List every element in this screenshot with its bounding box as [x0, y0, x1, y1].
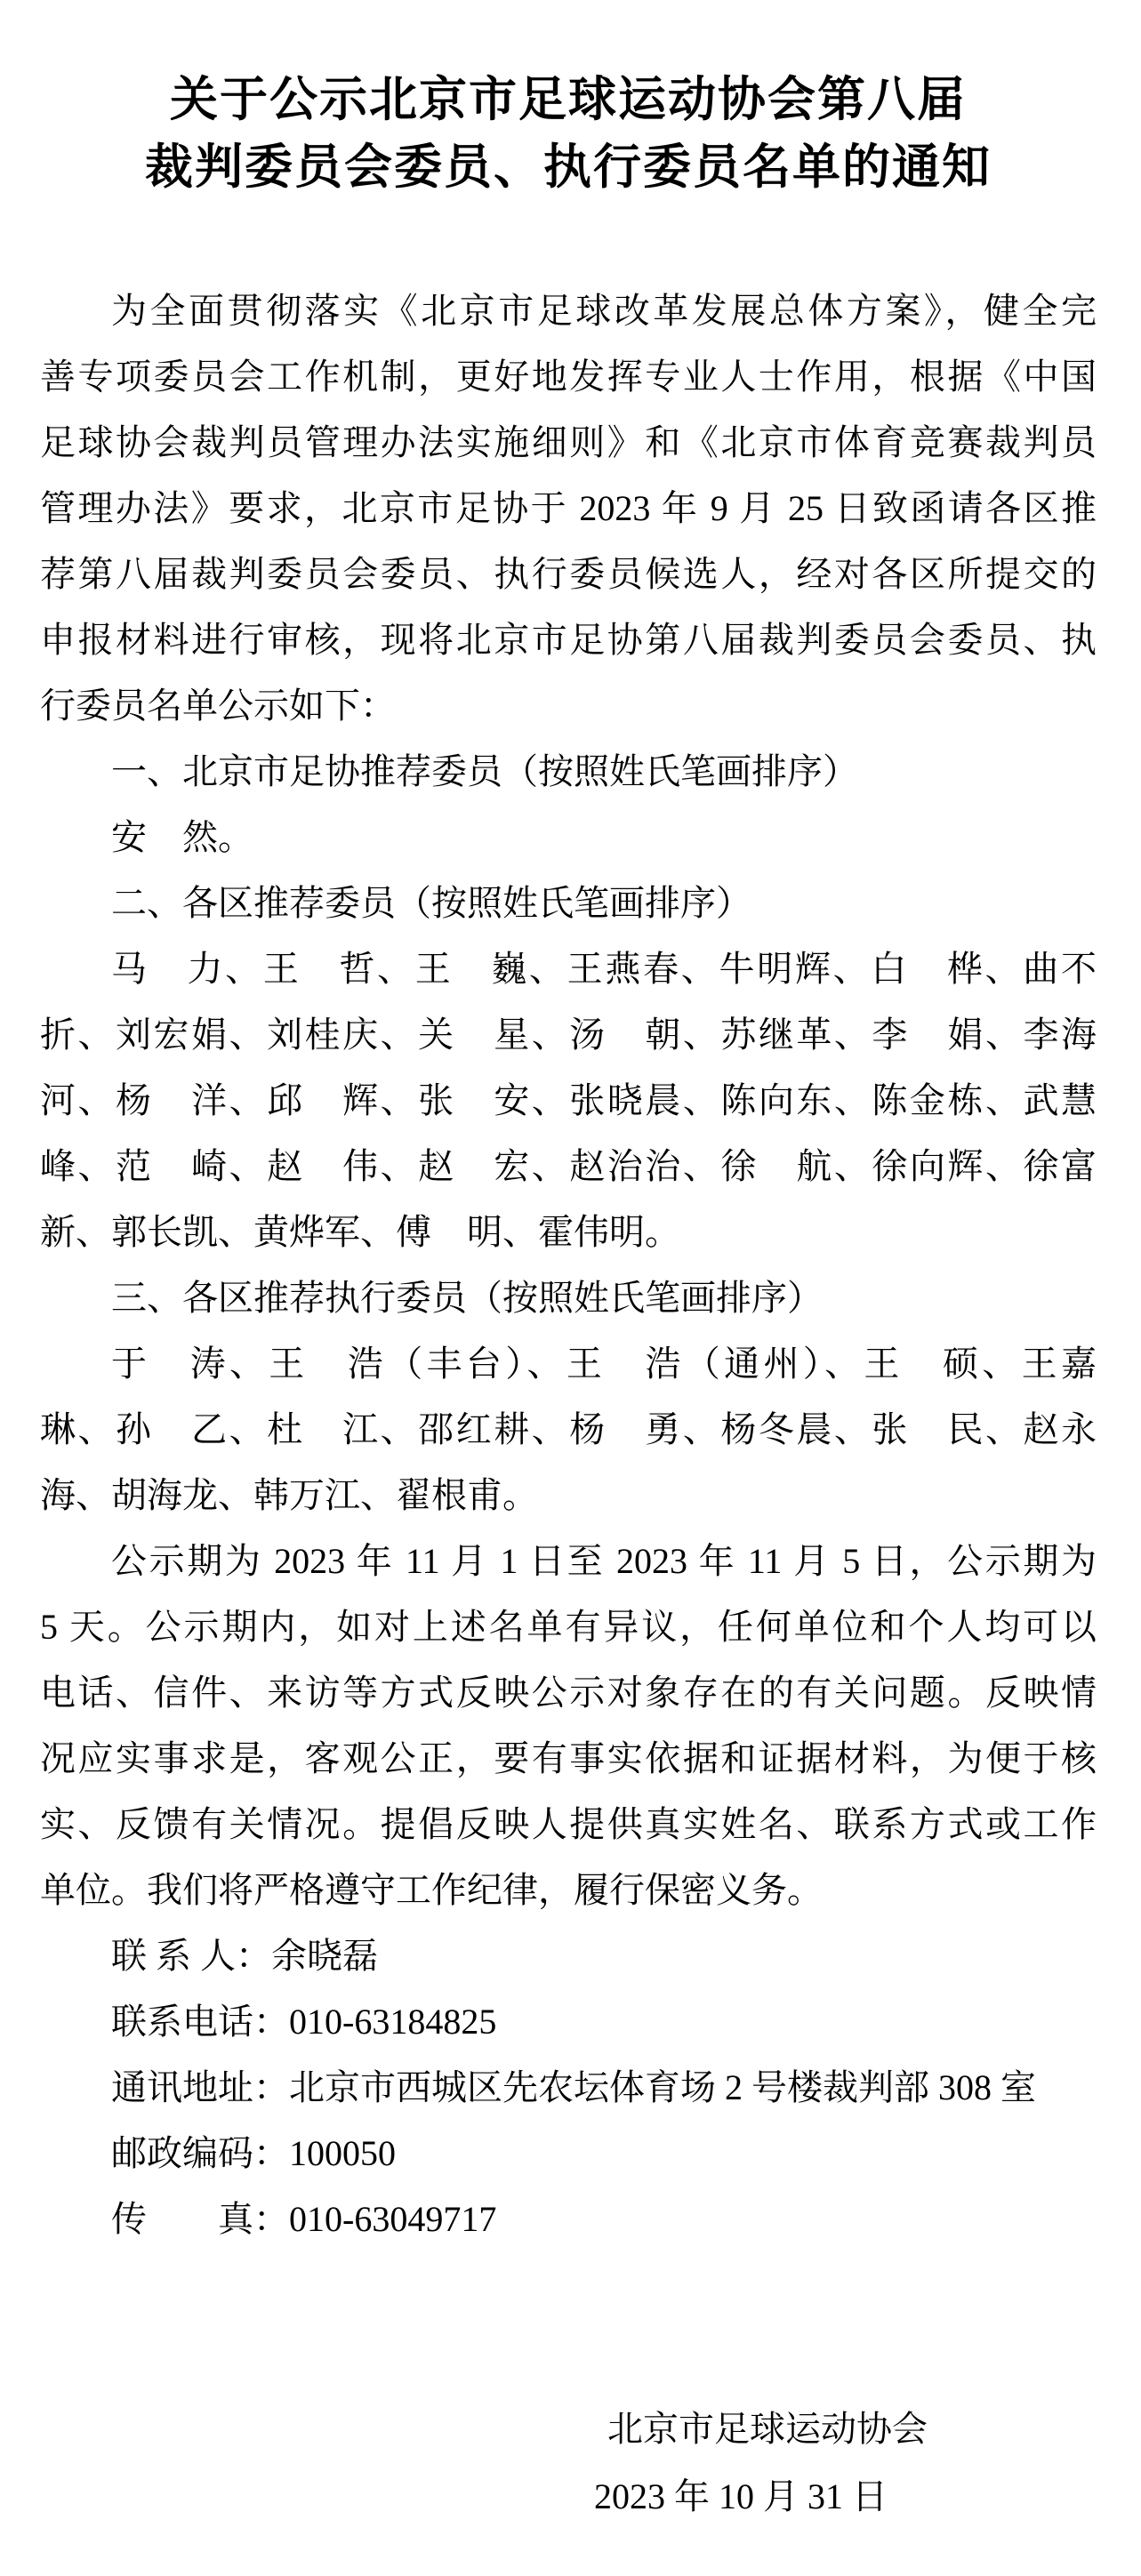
notice-line: 单位。我们将严格遵守工作纪律，履行保密义务。: [40, 1858, 1097, 1923]
section-1-member-line: 安 然。: [40, 805, 1097, 871]
document-title: 关于公示北京市足球运动协会第八届 裁判委员会委员、执行委员名单的通知: [40, 66, 1097, 201]
title-line-2: 裁判委员会委员、执行委员名单的通知: [40, 133, 1097, 201]
document-page: { "page": { "background": "#ffffff", "te…: [0, 0, 1141, 2576]
notice-line: 5 天。公示期内，如对上述名单有异议，任何单位和个人均可以: [40, 1594, 1097, 1660]
document-body: 为全面贯彻落实《北京市足球改革发展总体方案》，健全完 善专项委员会工作机制，更好…: [40, 278, 1097, 2252]
signature-org: 北京市足球运动协会: [40, 2396, 1097, 2462]
contact-person-line: 联 系 人：余晓磊: [40, 1923, 1097, 1989]
notice-line: 况应实事求是，客观公正，要有事实依据和证据材料，为便于核: [40, 1726, 1097, 1792]
notice-line: 公示期为 2023 年 11 月 1 日至 2023 年 11 月 5 日，公示…: [40, 1529, 1097, 1594]
notice-line: 实、反馈有关情况。提倡反映人提供真实姓名、联系方式或工作: [40, 1792, 1097, 1858]
section-3-member-line: 琳、孙 乙、杜 江、邵红耕、杨 勇、杨冬晨、张 民、赵永: [40, 1397, 1097, 1463]
section-3-member-line: 海、胡海龙、韩万江、翟根甫。: [40, 1463, 1097, 1529]
notice-document: 关于公示北京市足球运动协会第八届 裁判委员会委员、执行委员名单的通知 为全面贯彻…: [0, 0, 1141, 2532]
section-3-member-line: 于 涛、王 浩（丰台）、王 浩（通州）、王 硕、王嘉: [40, 1331, 1097, 1397]
section-2-member-line: 河、杨 洋、邱 辉、张 安、张晓晨、陈向东、陈金栋、武慧: [40, 1068, 1097, 1134]
intro-line: 为全面贯彻落实《北京市足球改革发展总体方案》，健全完: [40, 278, 1097, 344]
intro-line: 荐第八届裁判委员会委员、执行委员候选人，经对各区所提交的: [40, 542, 1097, 607]
section-2-heading: 二、各区推荐委员（按照姓氏笔画排序）: [40, 871, 1097, 936]
section-3-heading: 三、各区推荐执行委员（按照姓氏笔画排序）: [40, 1265, 1097, 1331]
intro-line: 善专项委员会工作机制，更好地发挥专业人士作用，根据《中国: [40, 344, 1097, 410]
contact-postcode-line: 邮政编码：100050: [40, 2121, 1097, 2187]
intro-line: 足球协会裁判员管理办法实施细则》和《北京市体育竞赛裁判员: [40, 410, 1097, 476]
section-2-member-line: 马 力、王 哲、王 巍、王燕春、牛明辉、白 桦、曲不: [40, 936, 1097, 1002]
intro-line: 申报材料进行审核，现将北京市足协第八届裁判委员会委员、执: [40, 607, 1097, 673]
notice-line: 电话、信件、来访等方式反映公示对象存在的有关问题。反映情: [40, 1660, 1097, 1726]
section-2-member-line: 新、郭长凯、黄烨军、傅 明、霍伟明。: [40, 1200, 1097, 1265]
signature-date: 2023 年 10 月 31 日: [40, 2462, 1097, 2532]
contact-phone-line: 联系电话：010-63184825: [40, 1989, 1097, 2055]
intro-line: 行委员名单公示如下：: [40, 673, 1097, 739]
title-line-1: 关于公示北京市足球运动协会第八届: [40, 66, 1097, 133]
intro-line: 管理办法》要求，北京市足协于 2023 年 9 月 25 日致函请各区推: [40, 476, 1097, 542]
section-1-heading: 一、北京市足协推荐委员（按照姓氏笔画排序）: [40, 739, 1097, 805]
signature-block: 北京市足球运动协会 2023 年 10 月 31 日: [40, 2396, 1097, 2532]
contact-fax-line: 传 真：010-63049717: [40, 2187, 1097, 2252]
section-2-member-line: 折、刘宏娟、刘桂庆、关 星、汤 朝、苏继革、李 娟、李海: [40, 1002, 1097, 1068]
section-2-member-line: 峰、范 崎、赵 伟、赵 宏、赵治治、徐 航、徐向辉、徐富: [40, 1134, 1097, 1200]
contact-address-line: 通讯地址：北京市西城区先农坛体育场 2 号楼裁判部 308 室: [40, 2055, 1097, 2121]
